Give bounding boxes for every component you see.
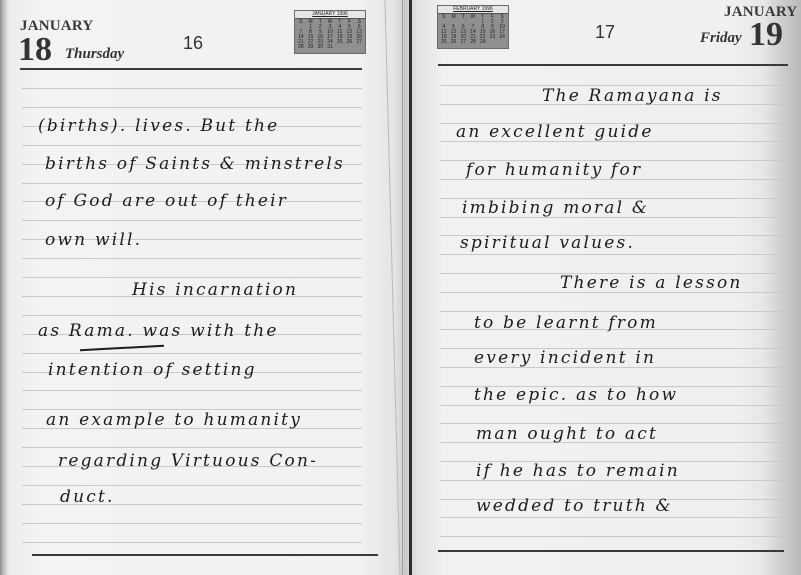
handwritten-line: if he has to remain xyxy=(476,461,680,481)
mini-calendar-grid: S M T W T F S 12345678910111213141516171… xyxy=(438,14,508,45)
mini-calendar-title: FEBRUARY 1996 xyxy=(438,6,508,14)
handwritten-line: as Rama. was with the xyxy=(38,321,279,341)
ruled-line xyxy=(22,258,362,259)
cal-day: 28 xyxy=(468,40,478,45)
footer-rule xyxy=(32,554,378,556)
ruled-line xyxy=(440,517,786,518)
ruled-line xyxy=(440,536,786,537)
cal-day: 27 xyxy=(458,40,468,45)
left-weekday: Thursday xyxy=(65,46,124,63)
cal-day xyxy=(497,40,507,45)
right-mini-calendar: FEBRUARY 1996 S M T W T F S 123456789101… xyxy=(437,5,509,49)
ruled-line xyxy=(440,311,786,312)
cal-day: 28 xyxy=(296,45,306,50)
ruled-line xyxy=(22,315,362,316)
ruled-line xyxy=(440,405,786,406)
ruled-line xyxy=(22,107,362,108)
right-page-number: 17 xyxy=(595,22,615,43)
header-rule xyxy=(20,68,362,70)
ruled-line xyxy=(22,390,362,391)
diary-spread: JANUARY 18 Thursday 16 JANUARY 1996 S M … xyxy=(0,0,801,575)
cal-day: 29 xyxy=(306,45,316,50)
footer-rule xyxy=(438,550,784,552)
ruled-line xyxy=(22,220,362,221)
cal-day: 26 xyxy=(449,40,459,45)
handwritten-line: every incident in xyxy=(474,348,656,368)
handwritten-line: births of Saints & minstrels xyxy=(45,154,345,174)
ruled-line xyxy=(22,542,362,543)
cal-day: 30 xyxy=(315,45,325,50)
left-mini-calendar: JANUARY 1996 S M T W T F S 1234567891011… xyxy=(294,10,366,54)
left-day-number: 18 xyxy=(18,33,52,67)
ruled-line xyxy=(22,88,362,89)
ruled-line xyxy=(22,145,362,146)
handwritten-line: There is a lesson xyxy=(560,273,743,293)
handwritten-line: His incarnation xyxy=(132,280,298,300)
mini-calendar-title: JANUARY 1996 xyxy=(295,11,365,19)
handwritten-line: spiritual values. xyxy=(460,233,635,253)
ruled-line xyxy=(22,183,362,184)
handwritten-line: intention of setting xyxy=(48,360,257,380)
cal-day xyxy=(354,45,364,50)
handwritten-line: own will. xyxy=(45,230,142,250)
cal-day xyxy=(335,45,345,50)
right-page: FEBRUARY 1996 S M T W T F S 123456789101… xyxy=(404,0,801,575)
handwritten-line: regarding Virtuous Con- xyxy=(58,451,318,471)
ruled-line xyxy=(440,254,786,255)
left-page: JANUARY 18 Thursday 16 JANUARY 1996 S M … xyxy=(0,0,404,575)
cal-day: 25 xyxy=(439,40,449,45)
handwritten-line: The Ramayana is xyxy=(542,86,723,106)
cal-day xyxy=(345,45,355,50)
handwritten-line: wedded to truth & xyxy=(476,496,673,516)
ruled-line xyxy=(22,353,362,354)
handwritten-line: duct. xyxy=(60,487,115,507)
binding-spine xyxy=(409,0,412,575)
handwritten-line: (births). lives. But the xyxy=(38,116,279,136)
handwritten-line: of God are out of their xyxy=(45,191,288,211)
cal-day xyxy=(488,40,498,45)
ruled-line xyxy=(22,277,362,278)
ruled-line xyxy=(22,447,362,448)
cal-day: 29 xyxy=(478,40,488,45)
page-edge xyxy=(402,0,403,575)
ruled-line xyxy=(22,485,362,486)
handwritten-line: the epic. as to how xyxy=(474,385,678,405)
cal-day: 31 xyxy=(325,45,335,50)
handwritten-line: imbibing moral & xyxy=(462,198,649,218)
handwritten-line: an example to humanity xyxy=(46,410,302,430)
handwritten-line: to be learnt from xyxy=(474,313,658,333)
handwritten-line: man ought to act xyxy=(476,424,658,444)
rama-underline xyxy=(80,345,164,351)
header-rule xyxy=(438,64,788,66)
ruled-line xyxy=(22,523,362,524)
right-weekday: Friday xyxy=(700,30,742,47)
right-day-number: 19 xyxy=(749,18,783,52)
handwritten-line: an excellent guide xyxy=(456,122,654,142)
mini-calendar-grid: S M T W T F S 12345678910111213141516171… xyxy=(295,19,365,50)
handwritten-line: for humanity for xyxy=(466,160,642,180)
left-page-number: 16 xyxy=(183,33,203,54)
